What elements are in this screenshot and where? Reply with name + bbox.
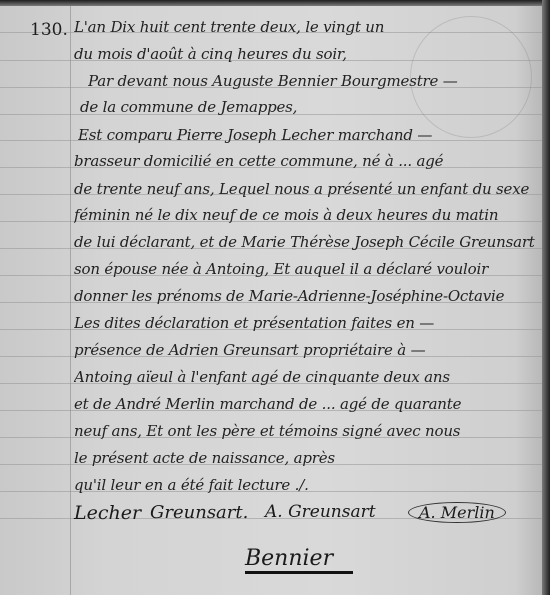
record-line: Est comparu Pierre Joseph Lecher marchan… <box>78 126 542 144</box>
record-line: féminin né le dix neuf de ce mois à deux… <box>74 206 542 224</box>
scan-right-edge <box>542 0 550 595</box>
record-line: Antoing aïeul à l'enfant agé de cinquant… <box>74 368 542 386</box>
signature-a-merlin: A. Merlin <box>408 502 506 523</box>
record-line: et de André Merlin marchand de ... agé d… <box>74 395 542 413</box>
record-line: présence de Adrien Greunsart propriétair… <box>74 341 542 359</box>
signature-bourgmestre: Bennier <box>245 546 353 574</box>
record-line: donner les prénoms de Marie-Adrienne-Jos… <box>74 287 542 305</box>
signature-a-greunsart: A. Greunsart <box>265 502 376 522</box>
record-line: qu'il leur en a été fait lecture ./. <box>74 476 542 494</box>
record-line: le présent acte de naissance, après <box>74 449 542 467</box>
record-line: Par devant nous Auguste Bennier Bourgmes… <box>88 72 542 90</box>
record-line: neuf ans, Et ont les père et témoins sig… <box>74 422 542 440</box>
register-page: 130. L'an Dix huit cent trente deux, le … <box>0 6 542 595</box>
record-line: du mois d'août à cinq heures du soir, <box>74 45 542 63</box>
record-line: L'an Dix huit cent trente deux, le vingt… <box>74 18 542 36</box>
record-line: de trente neuf ans, Lequel nous a présen… <box>74 180 542 198</box>
entry-number: 130. <box>30 20 68 40</box>
margin-line <box>70 6 71 595</box>
record-line: de la commune de Jemappes, <box>80 98 542 116</box>
signature-lecher: Lecher <box>74 502 141 524</box>
record-line: Les dites déclaration et présentation fa… <box>74 314 542 332</box>
record-line: brasseur domicilié en cette commune, né … <box>74 152 542 170</box>
record-line: de lui déclarant, et de Marie Thérèse Jo… <box>74 233 542 251</box>
record-line: son épouse née à Antoing, Et auquel il a… <box>74 260 542 278</box>
signature-greunsart: Greunsart. <box>150 502 248 523</box>
